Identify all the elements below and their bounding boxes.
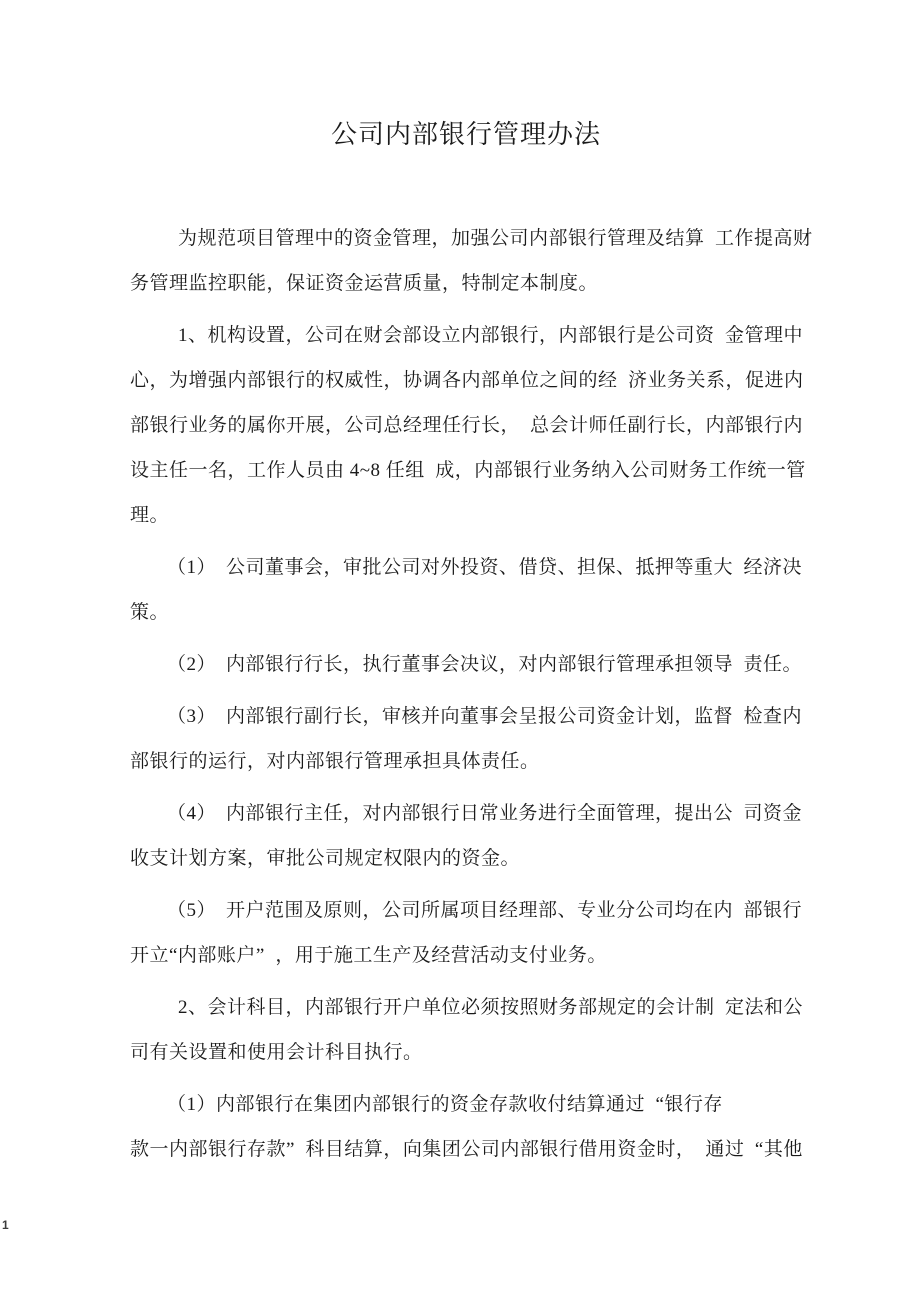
paragraph: （5） 开户范围及原则，公司所属项目经理部、专业分公司均在内 部银行开立“内部账…	[130, 888, 820, 978]
text-line: 收支计划方案，审批公司规定权限内的资金。	[130, 836, 820, 881]
text-line: 款一内部银行存款” 科目结算，向集团公司内部银行借用资金时， 通过 “其他	[130, 1127, 820, 1172]
text-line: 理。	[130, 493, 820, 538]
text-line: 设主任一名，工作人员由 4~8 任组 成，内部银行业务纳入公司财务工作统一管	[130, 448, 820, 493]
text-line: （1） 公司董事会，审批公司对外投资、借贷、担保、抵押等重大 经济决	[130, 545, 820, 590]
text-line: （4） 内部银行主任，对内部银行日常业务进行全面管理，提出公 司资金	[130, 791, 820, 836]
text-line: 务管理监控职能，保证资金运营质量，特制定本制度。	[130, 261, 820, 306]
text-line: 为规范项目管理中的资金管理，加强公司内部银行管理及结算 工作提高财	[130, 216, 820, 261]
text-line: 2、会计科目，内部银行开户单位必须按照财务部规定的会计制 定法和公	[130, 985, 820, 1030]
paragraph: （4） 内部银行主任，对内部银行日常业务进行全面管理，提出公 司资金收支计划方案…	[130, 791, 820, 881]
document-title: 公司内部银行管理办法	[130, 117, 802, 153]
document-body: 为规范项目管理中的资金管理，加强公司内部银行管理及结算 工作提高财务管理监控职能…	[130, 216, 820, 1172]
paragraph: （1）内部银行在集团内部银行的资金存款收付结算通过 “银行存款一内部银行存款” …	[130, 1082, 820, 1172]
text-line: 心，为增强内部银行的权威性，协调各内部单位之间的经 济业务关系，促进内	[130, 358, 820, 403]
document-page: 公司内部银行管理办法 为规范项目管理中的资金管理，加强公司内部银行管理及结算 工…	[0, 0, 920, 1303]
text-line: 司有关设置和使用会计科目执行。	[130, 1030, 820, 1075]
text-line: 部银行的运行，对内部银行管理承担具体责任。	[130, 739, 820, 784]
paragraph: 为规范项目管理中的资金管理，加强公司内部银行管理及结算 工作提高财务管理监控职能…	[130, 216, 820, 306]
text-line: 开立“内部账户” ，用于施工生产及经营活动支付业务。	[130, 933, 820, 978]
paragraph: （3） 内部银行副行长，审核并向董事会呈报公司资金计划，监督 检查内部银行的运行…	[130, 694, 820, 784]
paragraph: 2、会计科目，内部银行开户单位必须按照财务部规定的会计制 定法和公司有关设置和使…	[130, 985, 820, 1075]
text-line: （2） 内部银行行长，执行董事会决议，对内部银行管理承担领导 责任。	[130, 642, 820, 687]
text-line: （3） 内部银行副行长，审核并向董事会呈报公司资金计划，监督 检查内	[130, 694, 820, 739]
text-line: （5） 开户范围及原则，公司所属项目经理部、专业分公司均在内 部银行	[130, 888, 820, 933]
paragraph: （2） 内部银行行长，执行董事会决议，对内部银行管理承担领导 责任。	[130, 642, 820, 687]
text-line: 策。	[130, 590, 820, 635]
paragraph: 1、机构设置，公司在财会部设立内部银行，内部银行是公司资 金管理中心，为增强内部…	[130, 313, 820, 538]
page-number: 1	[2, 1218, 9, 1232]
text-line: （1）内部银行在集团内部银行的资金存款收付结算通过 “银行存	[130, 1082, 820, 1127]
paragraph: （1） 公司董事会，审批公司对外投资、借贷、担保、抵押等重大 经济决策。	[130, 545, 820, 635]
text-line: 部银行业务的属你开展，公司总经理任行长， 总会计师任副行长，内部银行内	[130, 403, 820, 448]
text-line: 1、机构设置，公司在财会部设立内部银行，内部银行是公司资 金管理中	[130, 313, 820, 358]
